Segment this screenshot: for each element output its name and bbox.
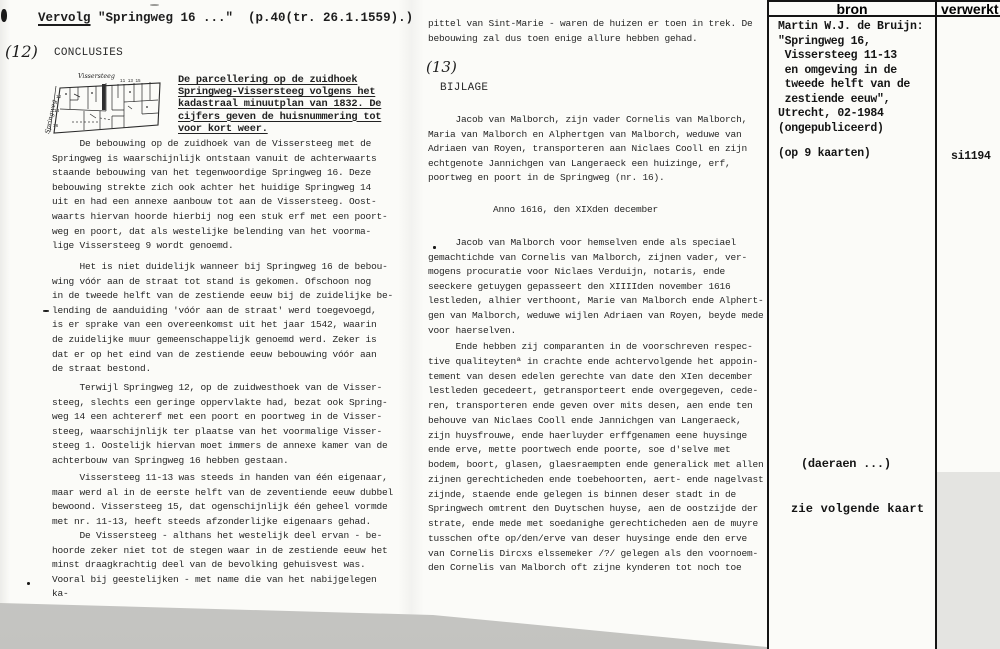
processed-code: si1194 [951,150,991,165]
map-number-left-16: 16 [53,124,59,129]
map-label-vissersteeg: Vissersteeg [78,73,115,80]
column-header-verwerkt: verwerkt [941,1,999,17]
left-paragraph-2: Het is niet duidelijk wanneer bij Spring… [52,260,394,377]
middle-paragraph-2: Jacob van Malborch voor hemselven ende a… [428,236,764,338]
scan-shadow-left [0,0,10,649]
section-heading-conclusies: CONCLUSIES [54,47,123,59]
cadastral-map-figure: Vissersteeg Springweg 11 13 15 12 14 16 [44,70,168,142]
middle-summary: Jacob van Malborch, zijn vader Cornelis … [428,113,764,186]
note-next-card: zie volgende kaart [791,502,924,517]
scan-speck [150,4,159,6]
map-numbers-top: 11 13 15 [120,79,141,84]
map-parcel-lines [60,82,158,130]
left-paragraph-3: Terwijl Springweg 12, op de zuidwesthoek… [52,381,394,469]
left-paragraph-5: De Vissersteeg - althans het westelijk d… [52,529,394,602]
dateline: Anno 1616, den XIXden december [493,204,658,215]
figure-caption: De parcellering op de zuidhoek Springweg… [178,74,400,135]
margin-number-12: (12) [5,42,38,61]
margin-dot [27,582,30,585]
scan-edge-right [937,472,1000,649]
page-title: Vervolg "Springweg 16 ..." (p.40(tr. 26.… [38,11,413,25]
column-header-bron: bron [769,1,935,17]
section-heading-bijlage: BIJLAGE [440,82,488,94]
page-title-vervolg: Vervolg [38,11,91,25]
page-title-rest: "Springweg 16 ..." (p.40(tr. 26.1.1559).… [91,11,414,25]
note-daeraen: (daeraen ...) [801,457,891,472]
source-reference: Martin W.J. de Bruijn: "Springweg 16, Vi… [778,20,934,136]
middle-continuation: pittel van Sint-Marie - waren de huizen … [428,17,764,46]
scanned-archive-card: Vervolg "Springweg 16 ..." (p.40(tr. 26.… [0,0,1000,649]
left-paragraph-4: Vissersteeg 11-13 was steeds in handen v… [52,471,394,529]
stray-dot [433,246,436,249]
margin-dash [43,310,49,312]
maps-count-note: (op 9 kaarten) [778,147,870,162]
middle-paragraph-3: Ende hebben zij comparanten in de voorsc… [428,340,764,576]
left-paragraph-1: De bebouwing op de zuidhoek van de Visse… [52,137,394,254]
sidebar-left-rule [767,0,769,649]
ink-blot [1,9,7,22]
margin-number-13: (13) [426,58,457,76]
scan-shadow-column-gap [398,0,424,649]
